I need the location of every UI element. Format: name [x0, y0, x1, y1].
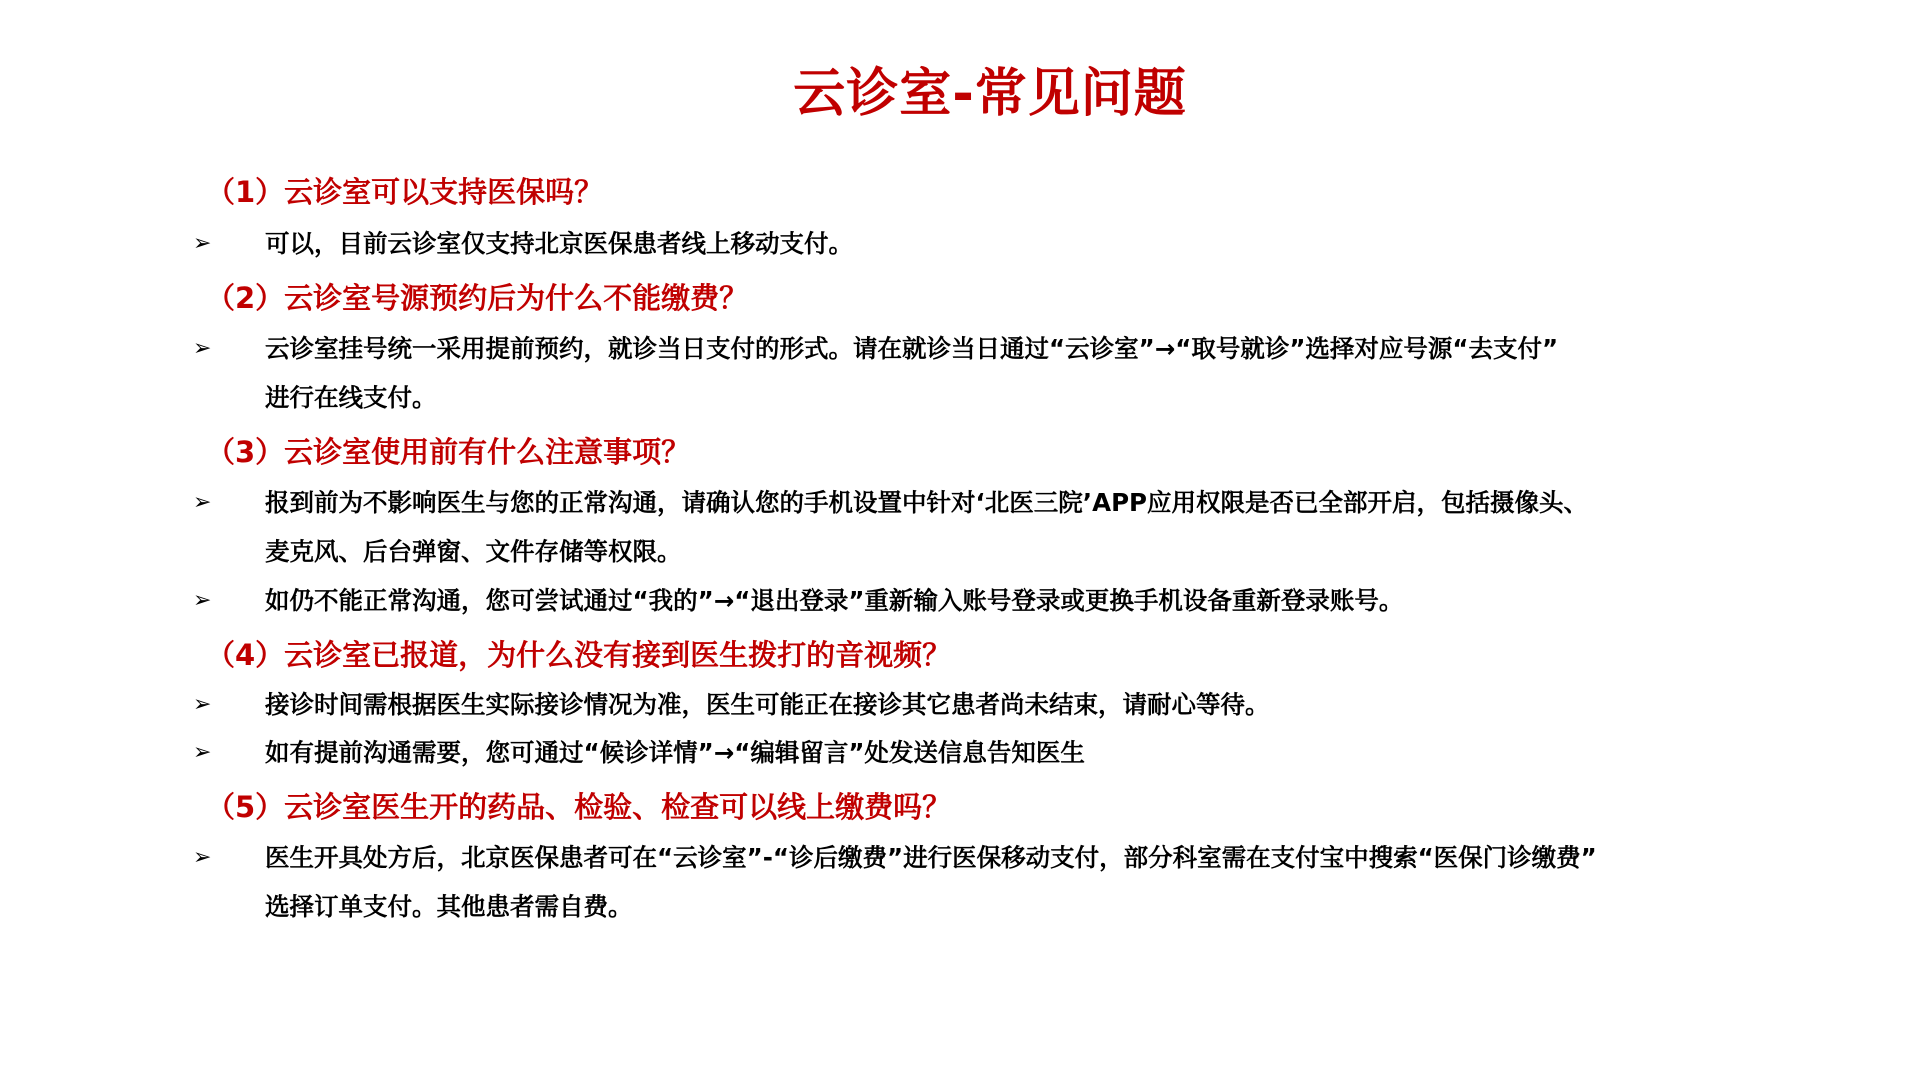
faq-question: （1）云诊室可以支持医保吗？: [206, 172, 603, 212]
arrow-bullet-icon: ➢: [193, 733, 211, 773]
faq-question: （2）云诊室号源预约后为什么不能缴费？: [206, 278, 748, 318]
page-title: 云诊室-常见问题: [0, 62, 1920, 126]
answer-line: 医生开具处方后，北京医保患者可在“云诊室”-“诊后缴费”进行医保移动支付，部分科…: [265, 838, 1597, 878]
answer-line: 报到前为不影响医生与您的正常沟通，请确认您的手机设置中针对‘北医三院’APP应用…: [265, 483, 1588, 523]
faq-question: （3）云诊室使用前有什么注意事项？: [206, 432, 690, 472]
arrow-bullet-icon: ➢: [193, 329, 211, 369]
faq-question: （5）云诊室医生开的药品、检验、检查可以线上缴费吗？: [206, 787, 951, 827]
arrow-bullet-icon: ➢: [193, 581, 211, 621]
arrow-bullet-icon: ➢: [193, 483, 211, 523]
arrow-bullet-icon: ➢: [193, 224, 211, 264]
faq-question: （4）云诊室已报道，为什么没有接到医生拨打的音视频？: [206, 635, 951, 675]
answer-line: 如仍不能正常沟通，您可尝试通过“我的”→“退出登录”重新输入账号登录或更换手机设…: [265, 581, 1403, 621]
answer-line: 接诊时间需根据医生实际接诊情况为准，医生可能正在接诊其它患者尚未结束，请耐心等待…: [265, 685, 1270, 725]
answer-line: 选择订单支付。其他患者需自费。: [265, 887, 633, 927]
answer-line: 麦克风、后台弹窗、文件存储等权限。: [265, 532, 682, 572]
answer-line: 可以，目前云诊室仅支持北京医保患者线上移动支付。: [265, 224, 853, 264]
answer-line: 云诊室挂号统一采用提前预约，就诊当日支付的形式。请在就诊当日通过“云诊室”→“取…: [265, 329, 1558, 369]
answer-line: 如有提前沟通需要，您可通过“候诊详情”→“编辑留言”处发送信息告知医生: [265, 733, 1085, 773]
arrow-bullet-icon: ➢: [193, 685, 211, 725]
answer-line: 进行在线支付。: [265, 378, 437, 418]
arrow-bullet-icon: ➢: [193, 838, 211, 878]
